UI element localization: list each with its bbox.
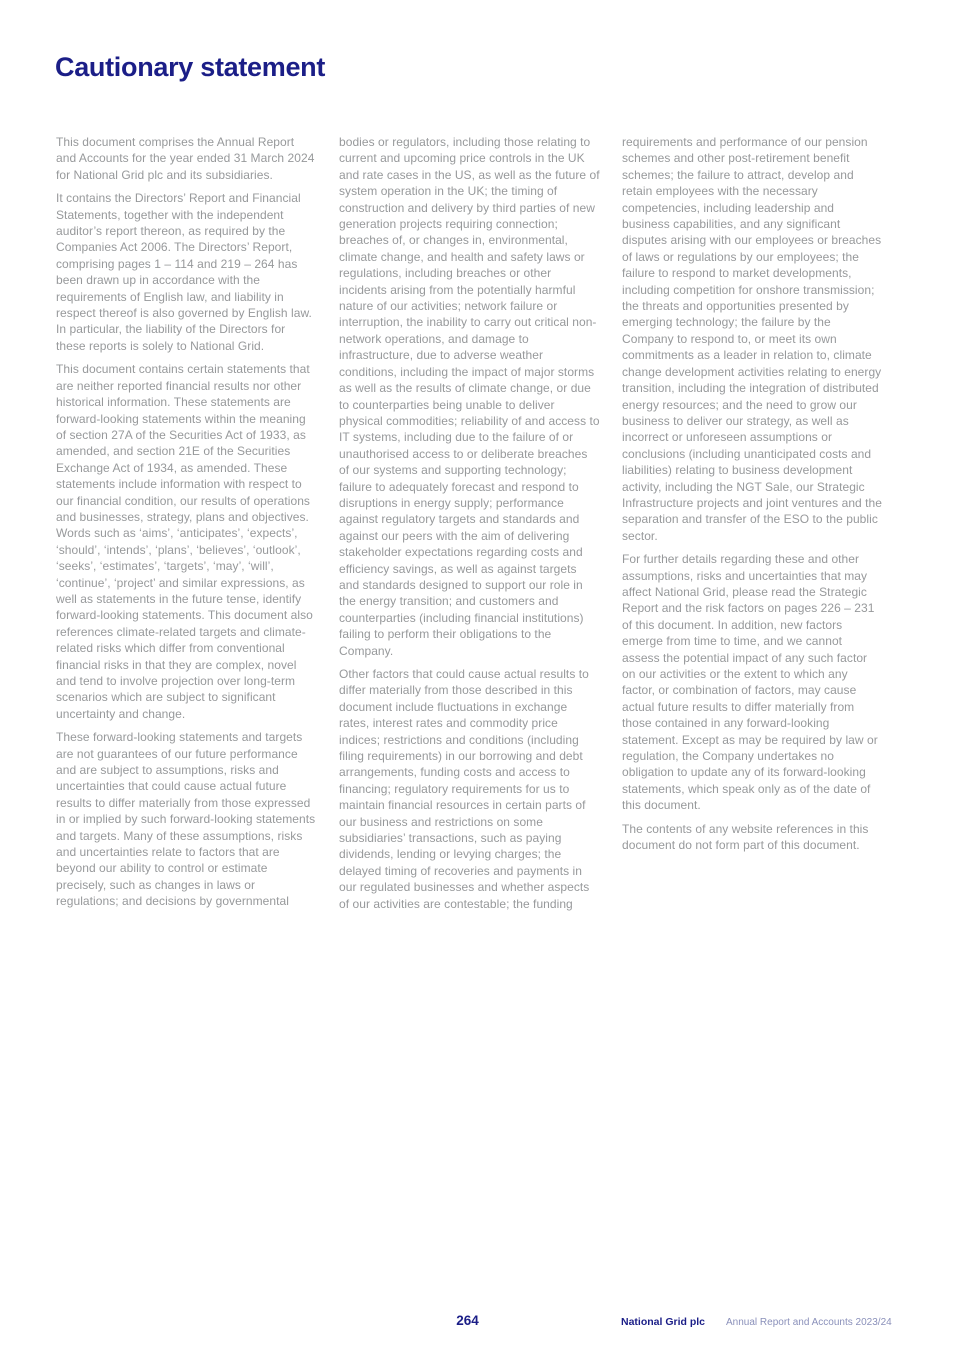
paragraph: It contains the Directors’ Report and Fi… bbox=[56, 190, 317, 354]
column-2: bodies or regulators, including those re… bbox=[339, 134, 600, 919]
page-title: Cautionary statement bbox=[55, 52, 325, 83]
footer-company: National Grid plc bbox=[621, 1316, 705, 1328]
paragraph: This document comprises the Annual Repor… bbox=[56, 134, 317, 183]
paragraph: The contents of any website references i… bbox=[622, 821, 883, 854]
paragraph: These forward-looking statements and tar… bbox=[56, 729, 317, 909]
footer-report-title: Annual Report and Accounts 2023/24 bbox=[726, 1317, 892, 1328]
document-page: Cautionary statement This document compr… bbox=[0, 0, 965, 1365]
footer: National Grid plc Annual Report and Acco… bbox=[621, 1316, 892, 1328]
column-1: This document comprises the Annual Repor… bbox=[56, 134, 317, 919]
paragraph: For further details regarding these and … bbox=[622, 551, 883, 814]
paragraph: requirements and performance of our pens… bbox=[622, 134, 883, 544]
paragraph: Other factors that could cause actual re… bbox=[339, 666, 600, 912]
text-columns: This document comprises the Annual Repor… bbox=[56, 134, 883, 919]
paragraph: bodies or regulators, including those re… bbox=[339, 134, 600, 659]
paragraph: This document contains certain statement… bbox=[56, 361, 317, 722]
column-3: requirements and performance of our pens… bbox=[622, 134, 883, 919]
page-number: 264 bbox=[337, 1313, 598, 1328]
